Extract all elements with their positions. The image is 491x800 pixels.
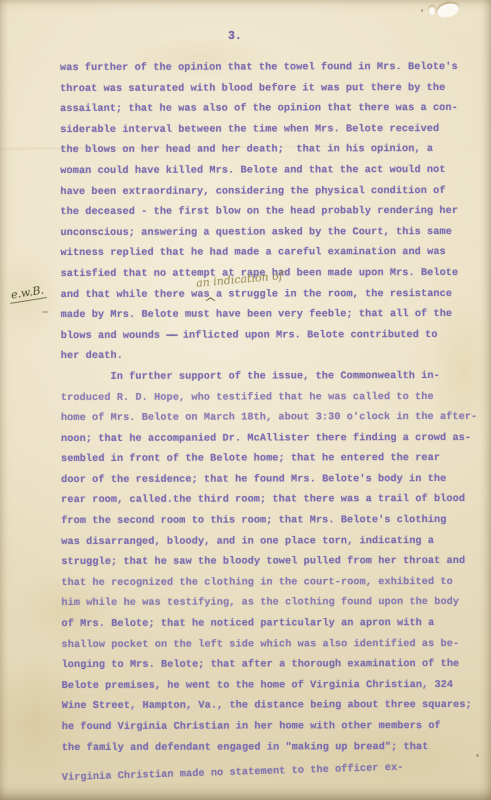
- typed-line: home of Mrs. Belote on March 18th, about…: [61, 408, 481, 430]
- paper-speck: [42, 311, 48, 313]
- paragraph: was further of the opinion that the towe…: [60, 58, 481, 368]
- typed-line: satisfied that no attempt at rape had be…: [61, 264, 481, 286]
- paper-speck: [421, 9, 423, 12]
- typed-line: have been extraordinary, considering the…: [60, 181, 480, 203]
- typed-line: the blows on her head and her death; tha…: [60, 140, 480, 162]
- margin-initials-annotation: e.w.B.: [8, 283, 47, 304]
- typed-line: shallow pocket on the left side which wa…: [62, 635, 482, 657]
- typed-segment: blows and wounds: [61, 330, 167, 341]
- typed-line: blows and wounds —— inflicted upon Mrs. …: [61, 326, 481, 348]
- paragraph: Virginia Christian made no statement to …: [62, 756, 482, 789]
- typed-line: from the second room to this room; that …: [61, 511, 481, 533]
- typed-text: was further of the opinion that the towe…: [60, 58, 482, 790]
- typed-line: assailant; that he was also of the opini…: [60, 99, 480, 121]
- document-page: 3. was further of the opinion that the t…: [0, 0, 491, 800]
- typed-line: he found Virginia Christian in her home …: [62, 717, 482, 739]
- typed-line: unconscious; answering a question asked …: [60, 223, 480, 245]
- typed-line: noon; that he accompanied Dr. McAllister…: [61, 429, 481, 451]
- typed-line: rear room, called.the third room; that t…: [61, 490, 481, 512]
- paper-chip: [429, 7, 435, 15]
- typed-line: made by Mrs. Belote must have been very …: [61, 305, 481, 327]
- typed-line: throat was saturated with blood before i…: [60, 78, 480, 100]
- typed-line: him while he was testifying, as the clot…: [61, 593, 481, 615]
- typed-line: of Mrs. Belote; that he noticed particul…: [61, 614, 481, 636]
- typed-line: her death.: [61, 346, 481, 368]
- typed-line: the family and defendant engaged in "mak…: [62, 737, 482, 759]
- typed-line: was disarranged, bloody, and in one plac…: [61, 532, 481, 554]
- paragraph: In further support of the issue, the Com…: [61, 367, 482, 759]
- typed-line: siderable interval between the time when…: [60, 120, 480, 142]
- page-number: 3.: [228, 30, 242, 43]
- typed-line: witness replied that he had made a caref…: [60, 243, 480, 265]
- paper-stain: [0, 248, 60, 343]
- typed-line: struggle; that he saw the bloody towel p…: [61, 552, 481, 574]
- typed-line: woman could have killed Mrs. Belote and …: [60, 161, 480, 183]
- typed-line: troduced R. D. Hope, who testified that …: [61, 387, 481, 409]
- paper-chip: [436, 1, 461, 19]
- typed-line: Belote premises, he went to the home of …: [62, 676, 482, 698]
- typed-line: longing to Mrs. Belote; that after a tho…: [62, 655, 482, 677]
- typed-line: was further of the opinion that the towe…: [60, 58, 480, 80]
- typed-line: and that while there was a struggle in t…: [61, 284, 481, 306]
- struck-text: ——: [166, 330, 176, 341]
- typed-line: Wine Street, Hampton, Va., the distance …: [62, 696, 482, 718]
- typed-line: the deceased - the first blow on the hea…: [60, 202, 480, 224]
- typed-segment: inflicted upon Mrs. Belote contributed t…: [177, 330, 438, 342]
- typed-line: sembled in front of the Belote home; tha…: [61, 449, 481, 471]
- typed-line: In further support of the issue, the Com…: [61, 367, 481, 389]
- typed-line: door of the residence; that he found Mrs…: [61, 470, 481, 492]
- typed-line: Virginia Christian made no statement to …: [62, 756, 482, 789]
- typed-line: that he recognized the clothing in the c…: [61, 573, 481, 595]
